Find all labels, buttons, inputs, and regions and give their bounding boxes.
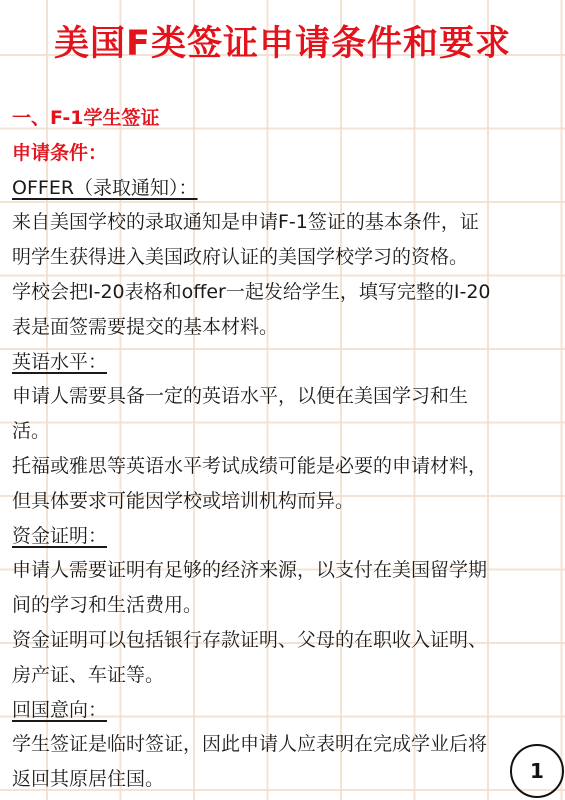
paragraph-line: 资金证明可以包括银行存款证明、父母的在职收入证明、: [12, 623, 557, 658]
item-label-offer: OFFER（录取通知）：: [12, 171, 557, 206]
paragraph-line: 学生签证是临时签证，因此申请人应表明在完成学业后将: [12, 727, 557, 762]
paragraph-line: 申请人需要具备一定的英语水平，以便在美国学习和生: [12, 379, 557, 414]
item-label-return-intent: 回国意向：: [12, 693, 557, 728]
item-label-funds: 资金证明：: [12, 519, 557, 554]
paragraph-line: 返回其原居住国。: [12, 762, 557, 797]
item-label-english: 英语水平：: [12, 345, 557, 380]
section-subheading: 申请条件：: [12, 136, 557, 171]
paragraph-line: 明学生获得进入美国政府认证的美国学校学习的资格。: [12, 240, 557, 275]
document-body: 一、F-1学生签证 申请条件： OFFER（录取通知）： 来自美国学校的录取通知…: [12, 101, 557, 797]
paragraph-line: 学校会把I-20表格和offer一起发给学生，填写完整的I-20: [12, 275, 557, 310]
section-heading: 一、F-1学生签证: [12, 101, 557, 136]
page-number-badge: 1: [510, 744, 564, 798]
paragraph-line: 房产证、车证等。: [12, 658, 557, 693]
page-title: 美国F类签证申请条件和要求: [0, 18, 565, 70]
paragraph-line: 托福或雅思等英语水平考试成绩可能是必要的申请材料，: [12, 449, 557, 484]
paragraph-line: 活。: [12, 414, 557, 449]
paragraph-line: 间的学习和生活费用。: [12, 588, 557, 623]
paragraph-line: 来自美国学校的录取通知是申请F-1签证的基本条件，证: [12, 205, 557, 240]
paragraph-line: 申请人需要证明有足够的经济来源，以支付在美国留学期: [12, 553, 557, 588]
paragraph-line: 表是面签需要提交的基本材料。: [12, 310, 557, 345]
paragraph-line: 但具体要求可能因学校或培训机构而异。: [12, 484, 557, 519]
